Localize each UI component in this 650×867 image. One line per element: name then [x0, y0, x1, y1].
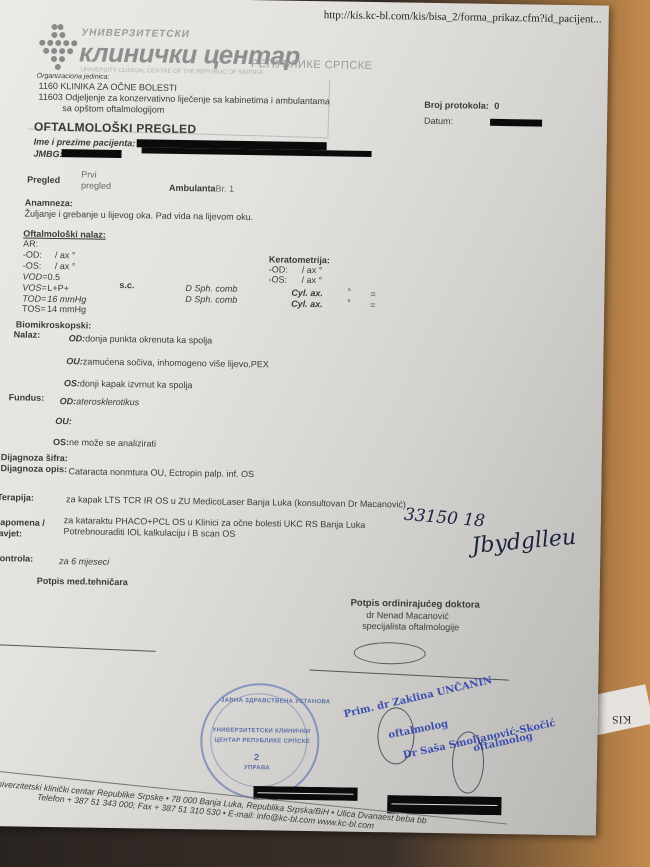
ar-os-ax: / ax °	[55, 261, 76, 271]
page-title: OFTALMOLOŠKI PREGLED	[34, 120, 197, 137]
org-label: Organizaciona jedinica:	[37, 73, 110, 81]
bio-os-label: OS:	[64, 378, 80, 388]
tod-value: 16 mmHg	[47, 294, 86, 305]
ambulanta-label: Ambulanta	[169, 183, 216, 194]
anamneza-label: Anamneza:	[25, 198, 73, 209]
bio-ou-label: OU:	[66, 356, 83, 366]
vos-value: L+P+	[47, 283, 69, 293]
doctor-name: dr Nenad Macanović	[366, 610, 449, 621]
tech-signature-label: Potpis med.tehničara	[37, 576, 128, 587]
patient-name-label: Ime i prezime pacijenta:	[34, 137, 136, 149]
pregled-value-1: Prvi	[81, 169, 97, 179]
redacted-jmbg	[61, 149, 121, 158]
ambulanta: AmbulantaBr. 1	[169, 183, 234, 194]
fundus-od-label: OD:	[60, 396, 77, 406]
date-label: Datum:	[424, 116, 453, 126]
dsph-od: D Sph. comb	[185, 283, 237, 294]
fundus-os-text: ne može se analizirati	[69, 437, 156, 448]
redacted-date	[490, 119, 542, 127]
anamneza-text: Žuljanje i grebanje u lijevog oka. Pad v…	[25, 209, 254, 223]
vod-value: 0.5	[48, 272, 61, 282]
ar-os-label: -OS:	[23, 260, 42, 270]
doctor-signature-label: Potpis ordinirajućeg doktora	[350, 598, 479, 611]
terapija-text: za kapak LTS TCR IR OS u ZU MedicoLaser …	[66, 494, 406, 509]
ukc-logo-icon	[37, 22, 78, 73]
fundus-os: OS:ne može se analizirati	[53, 437, 156, 449]
protocol-label: Broj protokola:	[424, 100, 489, 111]
underlying-paper-text: KIS	[612, 712, 631, 727]
fundus-ou-label: OU:	[55, 416, 72, 426]
stamp-line-3: УПРАВА	[244, 765, 270, 771]
bio-ou: OU:zamućena sočiva, inhomogeno više lije…	[66, 356, 269, 369]
kontrola-text: za 6 mjeseci	[59, 556, 109, 567]
bio-od-label: OD:	[69, 333, 86, 343]
ambulanta-value: Br. 1	[215, 184, 234, 194]
napomena-label: Napomena /	[0, 517, 45, 528]
cyl-od-eq: =	[370, 289, 375, 299]
savjet-label: savjet:	[0, 528, 22, 538]
kontrola-label: Kontrola:	[0, 553, 33, 564]
kerato-os-label: -OS:	[269, 274, 288, 284]
bio-nalaz-label: Nalaz:	[14, 329, 41, 339]
tod-label: TOD=	[22, 293, 46, 303]
cyl-od-deg: °	[347, 287, 351, 297]
sc-label: s.c.	[119, 280, 134, 290]
tech-signature-line	[0, 644, 156, 652]
protocol-value: 0	[494, 101, 499, 111]
stamp-number: 2	[254, 752, 259, 762]
redacted-patient-line	[142, 147, 372, 157]
medical-report-document: http://kis.kc-bl.com/kis/bisa_2/forma_pr…	[0, 0, 609, 836]
doctor-title: specijalista oftalmologije	[362, 621, 459, 633]
terapija-label: Terapija:	[0, 492, 34, 503]
bio-os-text: donji kapak izvrnut ka spolja	[80, 378, 193, 390]
dijagnoza-sifra-label: Dijagnoza šifra:	[1, 452, 68, 463]
fundus-od-text: aterosklerotikus	[76, 396, 139, 407]
dijagnoza-opis-text: Cataracta nonmtura OU, Ectropin palp. in…	[68, 466, 254, 479]
napomena-line-2: Potrebnouraditi IOL kalkulaciju i B scan…	[64, 526, 236, 539]
bio-ou-text: zamućena sočiva, inhomogeno više lijevo,…	[83, 356, 269, 369]
cyl-od: Cyl. ax.	[291, 288, 323, 298]
stamp-doctor-1-name: Prim. dr Zaklina UNČANIN	[343, 675, 493, 720]
dsph-os: D Sph. comb	[185, 294, 237, 305]
vos-label: VOS=	[22, 282, 46, 292]
kerato-od-label: -OD:	[269, 264, 288, 274]
bio-od: OD:donja punkta okrenuta ka spolja	[69, 333, 213, 345]
kerato-os-ax: / ax °	[302, 275, 323, 285]
ar-label: AR:	[23, 238, 38, 248]
doctor-signature-scribble	[354, 642, 426, 665]
bio-od-text: donja punkta okrenuta ka spolja	[85, 333, 212, 345]
vod-label: VOD=	[23, 271, 48, 281]
jmbg-label: JMBG:	[33, 149, 62, 159]
pregled-value-2: pregled	[81, 180, 111, 190]
handwritten-number: 33150 18	[403, 505, 486, 532]
cyl-os-eq: =	[370, 300, 375, 310]
cyl-os: Cyl. ax.	[291, 299, 323, 309]
stamp-signature-2	[452, 731, 485, 793]
handwritten-signature: Jbydglleu	[471, 525, 578, 559]
tos-label: TOS=	[22, 303, 46, 313]
fundus-od: OD:aterosklerotikus	[60, 396, 140, 407]
cyl-os-deg: °	[347, 298, 351, 308]
ar-od-label: -OD:	[23, 249, 42, 259]
pregled-label: Pregled	[27, 175, 60, 186]
tos-value: 14 mmHg	[47, 304, 86, 315]
ar-od-ax: / ax °	[55, 250, 76, 260]
fundus-label: Fundus:	[9, 392, 45, 403]
dijagnoza-opis-label: Dijagnoza opis:	[1, 463, 68, 474]
logo-line3: РЕПУБЛИКЕ СРПСКЕ	[251, 58, 373, 72]
bio-os: OS:donji kapak izvrnut ka spolja	[64, 378, 193, 390]
print-url: http://kis.kc-bl.com/kis/bisa_2/forma_pr…	[324, 9, 602, 25]
fundus-os-label: OS:	[53, 437, 69, 447]
org-unit-2b: sa opštom oftalmologijom	[62, 103, 164, 115]
kerato-od-ax: / ax °	[302, 265, 323, 275]
